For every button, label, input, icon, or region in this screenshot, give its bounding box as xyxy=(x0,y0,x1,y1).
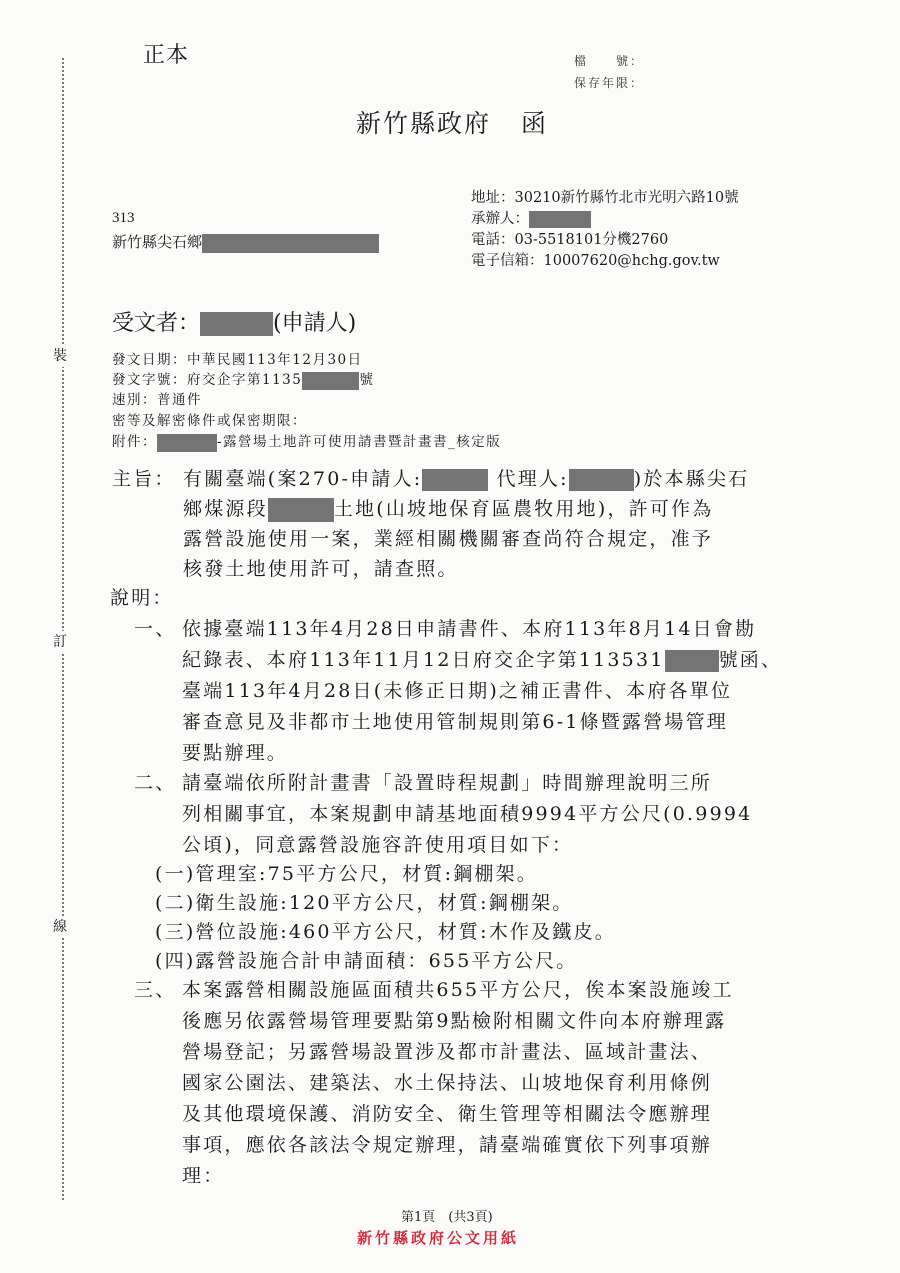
item-3-line-2: 後應另依露營場管理要點第9點檢附相關文件向本府辦理露 xyxy=(182,1006,726,1033)
subject-text: 代理人: xyxy=(488,468,568,490)
item-2-subitem-1: (一)管理室:75平方公尺，材質:鋼棚架。 xyxy=(155,859,538,886)
redaction-box xyxy=(529,211,591,228)
file-number-label: 檔 號： xyxy=(574,52,644,69)
subject-text: 土地(山坡地保育區農牧用地)，許可作為 xyxy=(334,498,714,520)
binding-dotted-line xyxy=(62,58,64,1200)
sender-phone: 電話：03-5518101分機2760 xyxy=(471,228,668,249)
recipient: 受文者：(申請人) xyxy=(112,306,356,337)
item-3-line-1: 本案露營相關設施區面積共655平方公尺，俟本案設施竣工 xyxy=(182,975,734,1002)
issuing-org: 新竹縣政府 xyxy=(356,109,491,138)
recipient-zip: 313 xyxy=(112,210,135,227)
item-1-line-1: 依據臺端113年4月28日申請書件、本府113年8月14日會勘 xyxy=(182,614,756,641)
item-1-line-4: 審查意見及非都市土地使用管制規則第6-1條暨露營場管理 xyxy=(182,707,728,734)
item-3-line-7: 理： xyxy=(182,1161,224,1188)
item-3-line-5: 及其他環境保護、消防安全、衛生管理等相關法令應辦理 xyxy=(182,1099,712,1126)
item-2-subitem-4: (四)露營設施合計申請面積：655平方公尺。 xyxy=(155,946,578,973)
subject-text: 有關臺端(案270-申請人: xyxy=(183,468,422,490)
binding-mark-zhuang: 裝 xyxy=(53,345,67,367)
item-2-line-2: 列相關事宜，本案規劃申請基地面積9994平方公尺(0.9994 xyxy=(182,799,752,826)
attachment-text: -露營場土地許可使用請書暨計畫書_核定版 xyxy=(217,434,501,450)
issue-date: 發文日期：中華民國113年12月30日 xyxy=(112,348,363,368)
item-1-marker: 一、 xyxy=(134,614,176,641)
recipient-address-prefix: 新竹縣尖石鄉 xyxy=(112,233,202,251)
recipient-suffix: (申請人) xyxy=(273,311,356,336)
retention-period-label: 保存年限： xyxy=(574,74,644,91)
doc-number-prefix: 發文字號：府交企字第1135 xyxy=(112,372,302,388)
speed-class: 速別：普通件 xyxy=(112,388,202,408)
doc-number: 發文字號：府交企字第1135號 xyxy=(112,368,374,390)
explanation-label: 說明： xyxy=(110,583,174,610)
redaction-box xyxy=(302,372,359,390)
item-2-line-1: 請臺端依所附計畫書「設置時程規劃」時間辦理說明三所 xyxy=(182,768,712,795)
item-3-line-6: 事項，應依各該法令規定辦理，請臺端確實依下列事項辦 xyxy=(182,1130,712,1157)
doc-number-suffix: 號 xyxy=(359,372,374,388)
recipient-address: 新竹縣尖石鄉 xyxy=(112,231,379,253)
item-1-line-2: 紀錄表、本府113年11月12日府交企字第113531號函、 xyxy=(182,645,782,672)
item-text: 紀錄表、本府113年11月12日府交企字第113531 xyxy=(182,649,665,671)
redaction-box xyxy=(422,469,488,491)
binding-mark-ding: 訂 xyxy=(53,631,67,653)
redaction-box xyxy=(569,469,634,491)
stationery-label: 新竹縣政府公文用紙 xyxy=(357,1227,519,1248)
secrecy-level: 密等及解密條件或保密期限： xyxy=(112,409,307,429)
page-number: 第1頁 (共3頁) xyxy=(401,1206,493,1225)
item-1-line-3: 臺端113年4月28日(未修正日期)之補正書件、本府各單位 xyxy=(182,676,732,703)
subject-line-1: 有關臺端(案270-申請人: 代理人:)於本縣尖石 xyxy=(183,464,749,491)
original-copy-mark: 正本 xyxy=(143,38,189,69)
redaction-box xyxy=(268,498,334,522)
sender-address: 地址：30210新竹縣竹北市光明六路10號 xyxy=(471,186,739,207)
subject-line-2: 鄉煤源段土地(山坡地保育區農牧用地)，許可作為 xyxy=(183,494,713,522)
redaction-box xyxy=(665,650,719,672)
redaction-box xyxy=(157,434,217,452)
subject-label: 主旨： xyxy=(112,464,176,491)
item-3-line-4: 國家公園法、建築法、水土保持法、山坡地保育利用條例 xyxy=(182,1068,712,1095)
redaction-box xyxy=(200,312,273,336)
handler: 承辦人： xyxy=(471,207,591,228)
subject-text: )於本縣尖石 xyxy=(634,468,750,490)
binding-mark-xian: 線 xyxy=(53,916,67,938)
attachment-label: 附件： xyxy=(112,434,157,450)
attachment: 附件：-露營場土地許可使用請書暨計畫書_核定版 xyxy=(112,430,501,452)
handler-label: 承辦人： xyxy=(471,211,529,227)
item-text: 號函、 xyxy=(719,649,783,671)
document-type: 函 xyxy=(521,109,548,138)
item-2-marker: 二、 xyxy=(134,768,176,795)
recipient-label: 受文者： xyxy=(112,311,200,336)
item-3-line-3: 營場登記；另露營場設置涉及都市計畫法、區域計畫法、 xyxy=(182,1037,712,1064)
document-title: 新竹縣政府函 xyxy=(356,104,548,140)
item-3-marker: 三、 xyxy=(134,975,176,1002)
sender-email: 電子信箱：10007620@hchg.gov.tw xyxy=(471,249,720,270)
item-1-line-5: 要點辦理。 xyxy=(182,738,288,765)
subject-text: 鄉煤源段 xyxy=(183,498,268,520)
item-2-line-3: 公頃)，同意露營設施容許使用項目如下： xyxy=(182,830,573,857)
subject-line-4: 核發土地使用許可，請查照。 xyxy=(183,554,459,581)
item-2-subitem-3: (三)營位設施:460平方公尺，材質:木作及鐵皮。 xyxy=(155,917,616,944)
subject-line-3: 露營設施使用一案，業經相關機關審查尚符合規定，准予 xyxy=(183,524,713,551)
item-2-subitem-2: (二)衛生設施:120平方公尺，材質:鋼棚架。 xyxy=(155,888,574,915)
redaction-box xyxy=(202,234,379,253)
